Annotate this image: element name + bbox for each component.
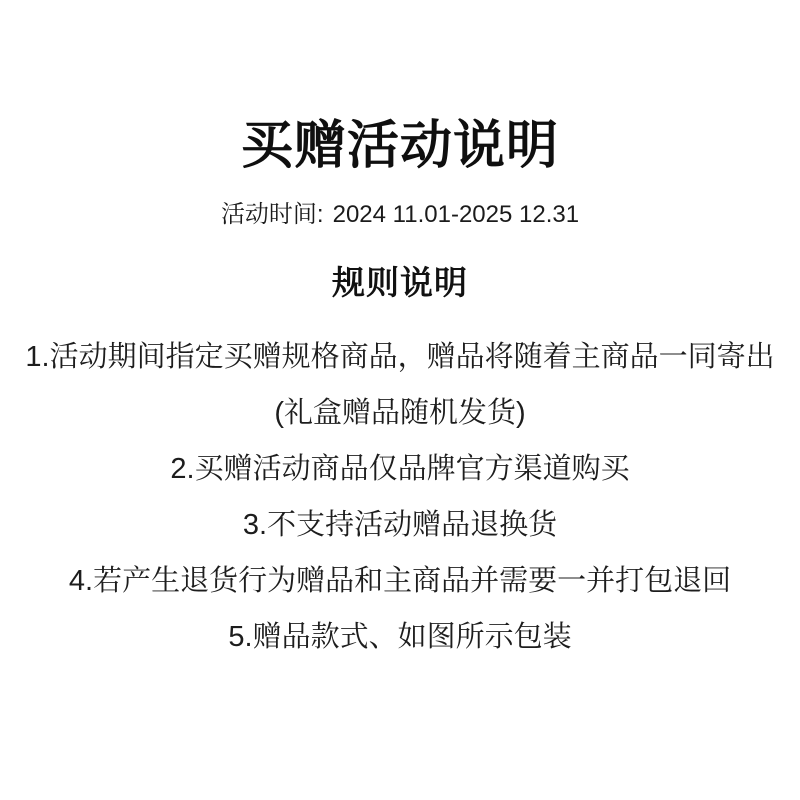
activity-time-value: 2024 11.01-2025 12.31	[333, 201, 579, 228]
rules-heading: 规则说明	[0, 265, 800, 301]
rule-line-5: 5.赠品款式、如图所示包装	[0, 609, 800, 665]
rule-line-4: 4.若产生退货行为赠品和主商品并需要一并打包退回	[0, 553, 800, 609]
rule-line-3: 3.不支持活动赠品退换货	[0, 497, 800, 553]
rules-list: 1.活动期间指定买赠规格商品，赠品将随着主商品一同寄出 (礼盒赠品随机发货) 2…	[0, 329, 800, 665]
rule-line-1-continued: (礼盒赠品随机发货)	[0, 385, 800, 441]
activity-time-label: 活动时间:	[221, 201, 324, 228]
promo-notice-page: 买赠活动说明 活动时间:2024 11.01-2025 12.31 规则说明 1…	[0, 0, 800, 800]
activity-time: 活动时间:2024 11.01-2025 12.31	[0, 201, 800, 229]
rule-line-1: 1.活动期间指定买赠规格商品，赠品将随着主商品一同寄出	[0, 329, 800, 385]
page-title: 买赠活动说明	[0, 118, 800, 175]
rule-line-2: 2.买赠活动商品仅品牌官方渠道购买	[0, 441, 800, 497]
